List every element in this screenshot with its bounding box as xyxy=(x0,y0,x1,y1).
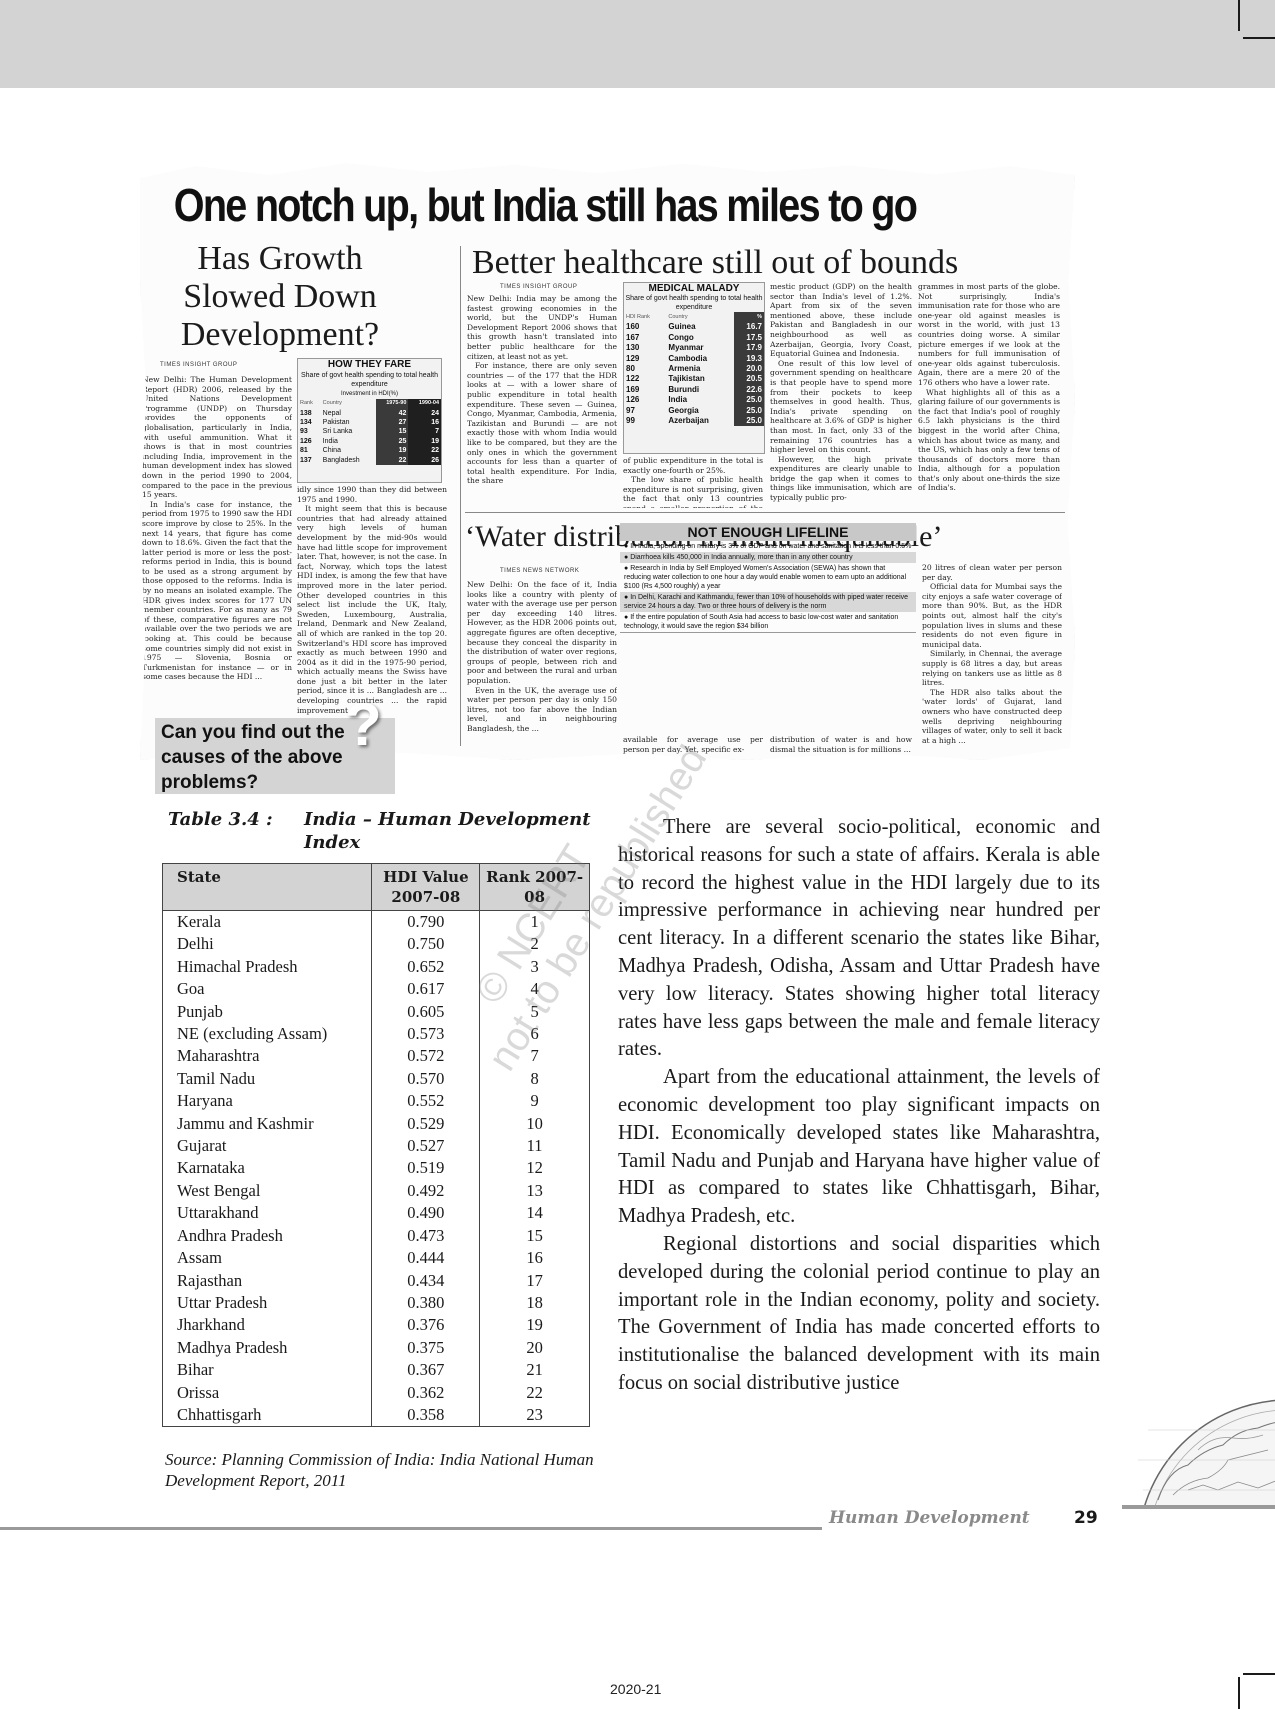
table-row: Karnataka0.51912 xyxy=(163,1157,590,1179)
left-article-credit: TIMES INSIGHT GROUP xyxy=(160,362,237,368)
how-they-fare-box: HOW THEY FARE Share of govt health spend… xyxy=(297,358,442,483)
paragraph: Official data for Mumbai says the city e… xyxy=(922,582,1062,649)
how-they-fare-table: Rank Country 1975-90 1990-04 138Nepal422… xyxy=(298,399,441,465)
table-row: 169Burundi22.6 xyxy=(624,385,764,395)
col-header: HDI Rank xyxy=(624,312,666,322)
left-article-col1: New Delhi: The Human Development Report … xyxy=(142,375,292,755)
table-row: 126India25.0 xyxy=(624,395,764,405)
medical-malady-table: HDI Rank Country % 160Guinea16.7 167Cong… xyxy=(624,312,764,426)
table-row: Chhattisgarh0.35823 xyxy=(163,1404,590,1427)
body-text: There are several socio-political, econo… xyxy=(618,814,1100,1398)
paragraph: The HDR also talks about the 'water lord… xyxy=(922,688,1062,746)
header-hdi-value: HDI Value 2007-08 xyxy=(372,864,480,911)
table-row: 138Nepal4224 xyxy=(298,409,441,418)
paragraph: 20 litres of clean water per person per … xyxy=(922,563,1062,582)
crop-mark-top-right xyxy=(1238,0,1240,31)
medical-malady-box: MEDICAL MALADY Share of govt health spen… xyxy=(623,282,765,454)
table-row: West Bengal0.49213 xyxy=(163,1180,590,1202)
paragraph: grammes in most parts of the globe. Not … xyxy=(918,282,1060,388)
crop-mark-bottom-right-h xyxy=(1243,1673,1275,1675)
bullet-item: ● In India, spending on military is 3% o… xyxy=(620,541,916,552)
health-article-col4: grammes in most parts of the globe. Not … xyxy=(918,282,1060,510)
box-title: HOW THEY FARE xyxy=(298,359,441,371)
table-number: Table 3.4 : xyxy=(168,808,273,831)
table-row: 129Cambodia19.3 xyxy=(624,354,764,364)
table-row: 126India2519 xyxy=(298,437,441,446)
table-row: 137Bangladesh2226 xyxy=(298,456,441,465)
not-enough-lifeline-box: NOT ENOUGH LIFELINE ● In India, spending… xyxy=(620,523,916,633)
health-article-credit: TIMES INSIGHT GROUP xyxy=(500,284,577,290)
paragraph: What highlights all of this as a glaring… xyxy=(918,388,1060,494)
water-article-col1: New Delhi: On the face of it, India look… xyxy=(467,580,617,752)
paragraph: Similarly, in Chennai, the average suppl… xyxy=(922,649,1062,687)
table-row: Bihar0.36721 xyxy=(163,1359,590,1381)
bullet-item: ● Diarrhoea kills 450,000 in India annua… xyxy=(620,552,916,563)
paragraph: In India's case for instance, the period… xyxy=(142,500,292,682)
health-article-col2: of public expenditure in the total is ex… xyxy=(623,456,763,508)
bullet-item: ● If the entire population of South Asia… xyxy=(620,612,916,632)
paragraph: For instance, there are only seven count… xyxy=(467,361,617,486)
edition-year: 2020-21 xyxy=(610,1681,661,1697)
col-header: 1975-90 xyxy=(376,399,409,408)
table-row: Gujarat0.52711 xyxy=(163,1135,590,1157)
newspaper-clipping: One notch up, but India still has miles … xyxy=(140,160,1075,760)
table-row: Jharkhand0.37619 xyxy=(163,1314,590,1336)
paragraph: Apart from the educational attainment, t… xyxy=(618,1064,1100,1231)
section-divider xyxy=(465,512,1065,513)
table-row: 160Guinea16.7 xyxy=(624,322,764,332)
health-article-col1: New Delhi: India may be among the fastes… xyxy=(467,294,617,509)
footer-rule-right xyxy=(1122,1505,1275,1509)
paragraph: idly since 1990 than they did between 19… xyxy=(297,485,447,504)
table-row: Tamil Nadu0.5708 xyxy=(163,1068,590,1090)
column-divider xyxy=(460,246,461,746)
paragraph: Regional distortions and social disparit… xyxy=(618,1231,1100,1398)
table-row: Jammu and Kashmir0.52910 xyxy=(163,1113,590,1135)
box-caption: Investment in HDI(%) xyxy=(298,390,441,399)
bullet-item: ● In Delhi, Karachi and Kathmandu, fewer… xyxy=(620,592,916,612)
paragraph: New Delhi: On the face of it, India look… xyxy=(467,580,617,686)
bullet-item: ● Research in India by Self Employed Wom… xyxy=(620,563,916,592)
globe-map-icon xyxy=(1128,1390,1275,1506)
clipping-headline: One notch up, but India still has miles … xyxy=(158,178,932,232)
col-header: 1990-04 xyxy=(408,399,441,408)
paragraph: It might seem that this is because count… xyxy=(297,504,447,715)
box-title: MEDICAL MALADY xyxy=(624,283,764,295)
table-row: 81China1922 xyxy=(298,446,441,455)
paragraph: mestic product (GDP) on the health secto… xyxy=(770,282,912,359)
paragraph: One result of this low level of governme… xyxy=(770,359,912,455)
question-mark-icon: ? xyxy=(345,690,382,759)
top-gray-band xyxy=(0,0,1275,88)
table-row: 80Armenia20.0 xyxy=(624,364,764,374)
table-row: 167Congo17.5 xyxy=(624,333,764,343)
paragraph: of public expenditure in the total is ex… xyxy=(623,456,763,475)
table-row: Haryana0.5529 xyxy=(163,1090,590,1112)
paragraph: New Delhi: The Human Development Report … xyxy=(142,375,292,500)
col-header: Country xyxy=(321,399,376,408)
running-head: Human Development xyxy=(829,1508,1030,1528)
table-row: 134Pakistan2716 xyxy=(298,418,441,427)
health-article-col3: mestic product (GDP) on the health secto… xyxy=(770,282,912,510)
table-source: Source: Planning Commission of India: In… xyxy=(165,1449,605,1491)
crop-mark-top-right-h xyxy=(1243,37,1275,39)
col-header: Rank xyxy=(298,399,321,408)
table-row: Andhra Pradesh0.47315 xyxy=(163,1225,590,1247)
left-article-title: Has Growth Slowed Down Development? xyxy=(150,240,410,354)
table-row: Rajasthan0.43417 xyxy=(163,1270,590,1292)
paragraph: Even in the UK, the average use of water… xyxy=(467,686,617,734)
paragraph: New Delhi: India may be among the fastes… xyxy=(467,294,617,361)
page-number: 29 xyxy=(1074,1508,1098,1528)
table-row: Uttar Pradesh0.38018 xyxy=(163,1292,590,1314)
box-title: NOT ENOUGH LIFELINE xyxy=(620,523,916,541)
table-row: 130Myanmar17.9 xyxy=(624,343,764,353)
paragraph: The low share of public health expenditu… xyxy=(623,475,763,508)
crop-mark-bottom-right xyxy=(1238,1677,1240,1709)
paragraph: distribution of water is and how dismal … xyxy=(770,735,912,754)
water-article-credit: TIMES NEWS NETWORK xyxy=(500,568,579,574)
table-row: Assam0.44416 xyxy=(163,1247,590,1269)
water-article-col4: 20 litres of clean water per person per … xyxy=(922,563,1062,753)
table-row: Madhya Pradesh0.37520 xyxy=(163,1337,590,1359)
table-row: 93Sri Lanka157 xyxy=(298,427,441,436)
paragraph: There are several socio-political, econo… xyxy=(618,814,1100,1064)
paragraph: However, the high private expenditures a… xyxy=(770,455,912,503)
footer-rule xyxy=(0,1527,822,1530)
table-row: 97Georgia25.0 xyxy=(624,406,764,416)
table-row: 99Azerbaijan25.0 xyxy=(624,416,764,426)
water-article-col3: distribution of water is and how dismal … xyxy=(770,735,912,755)
box-subtitle: Share of govt health spending to total h… xyxy=(624,295,764,312)
header-state: State xyxy=(163,864,372,911)
col-header: % xyxy=(734,312,764,322)
table-row: Orissa0.36222 xyxy=(163,1382,590,1404)
box-subtitle: Share of govt health spending to total h… xyxy=(298,371,441,390)
health-article-title: Better healthcare still out of bounds xyxy=(472,244,1062,282)
table-row: 122Tajikistan20.5 xyxy=(624,374,764,384)
col-header: Country xyxy=(666,312,734,322)
table-row: Uttarakhand0.49014 xyxy=(163,1202,590,1224)
